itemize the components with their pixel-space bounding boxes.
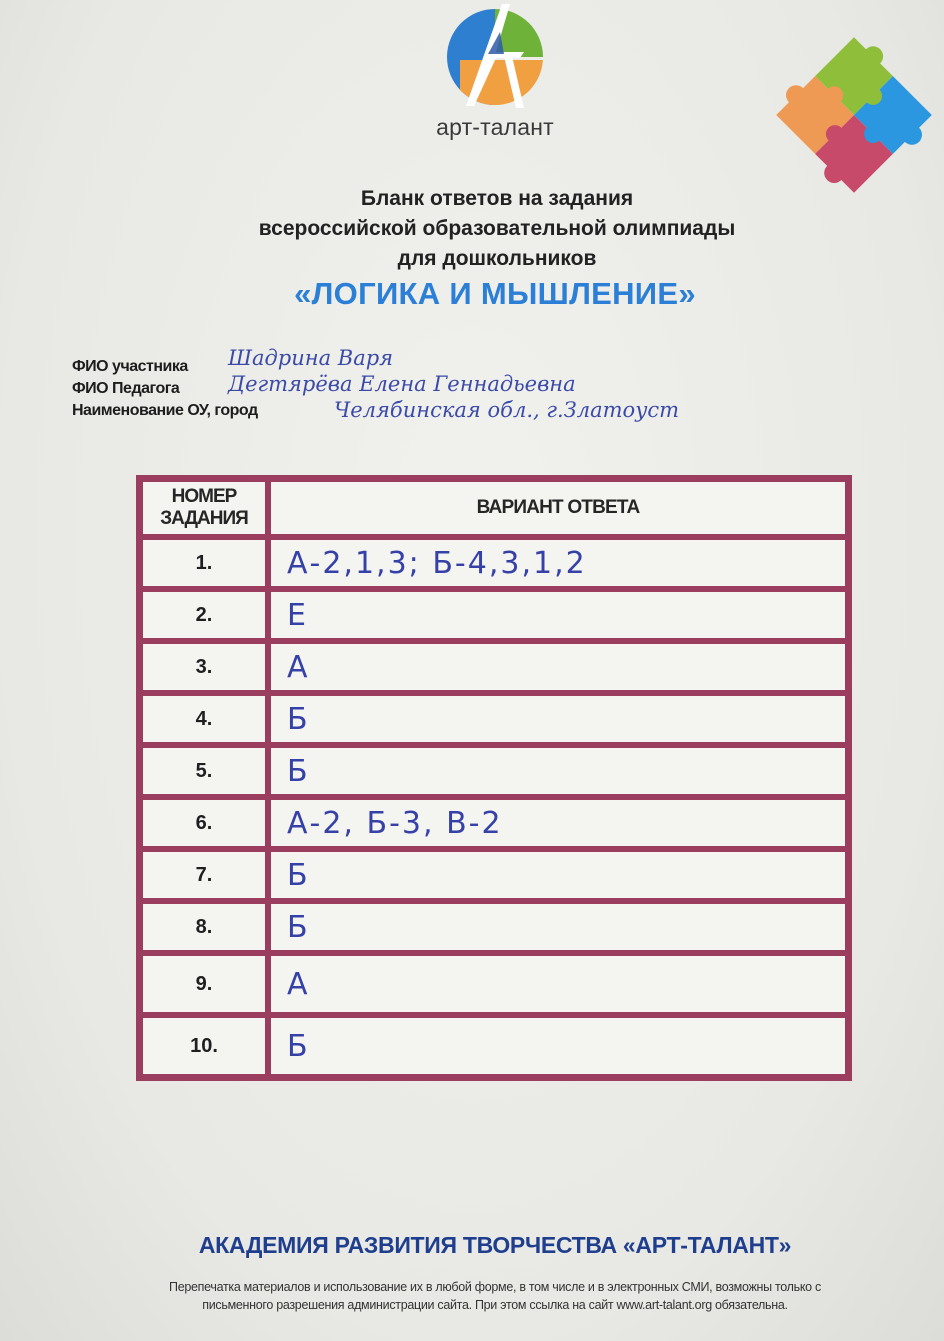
answer-cell[interactable]: Б: [268, 693, 848, 745]
task-number: 5.: [140, 745, 268, 797]
answer-text: Б: [287, 754, 310, 789]
table-row: 3.А: [140, 641, 848, 693]
answers-table: НОМЕР ЗАДАНИЯ ВАРИАНТ ОТВЕТА 1.А-2,1,3; …: [136, 475, 852, 1081]
answer-text: А: [287, 650, 310, 685]
answer-cell[interactable]: Б: [268, 1015, 848, 1077]
footer-title: АКАДЕМИЯ РАЗВИТИЯ ТВОРЧЕСТВА «АРТ-ТАЛАНТ…: [0, 1232, 944, 1259]
answer-text: Б: [287, 702, 310, 737]
school-row: Наименование ОУ, город Челябинская обл.,…: [72, 402, 258, 424]
answer-cell[interactable]: Б: [268, 901, 848, 953]
art-talant-logo-icon: [440, 2, 550, 112]
sheet-title: Бланк ответов на задания всероссийской о…: [0, 184, 944, 274]
task-number: 10.: [140, 1015, 268, 1077]
table-row: 8.Б: [140, 901, 848, 953]
table-row: 7.Б: [140, 849, 848, 901]
table-row: 1.А-2,1,3; Б-4,3,1,2: [140, 537, 848, 589]
table-row: 5.Б: [140, 745, 848, 797]
table-row: 10.Б: [140, 1015, 848, 1077]
task-number: 3.: [140, 641, 268, 693]
participant-field[interactable]: Шадрина Варя: [228, 346, 393, 370]
task-number: 7.: [140, 849, 268, 901]
school-label: Наименование ОУ, город: [72, 402, 258, 420]
brand-name: арт-талант: [420, 114, 570, 141]
task-number: 4.: [140, 693, 268, 745]
school-field[interactable]: Челябинская обл., г.Златоуст: [334, 398, 679, 422]
answer-text: Е: [287, 598, 308, 633]
task-number: 9.: [140, 953, 268, 1015]
task-number: 2.: [140, 589, 268, 641]
table-row: 2.Е: [140, 589, 848, 641]
table-row: 6.А-2, Б-3, В-2: [140, 797, 848, 849]
title-line-2: всероссийской образовательной олимпиады: [0, 214, 944, 244]
table-row: 4.Б: [140, 693, 848, 745]
answer-sheet-page: арт-талант Бланк ответов на задания всер…: [0, 0, 944, 1341]
teacher-field[interactable]: Дегтярёва Елена Геннадьевна: [228, 372, 576, 396]
answer-text: А-2, Б-3, В-2: [287, 806, 503, 841]
task-number-header: НОМЕР ЗАДАНИЯ: [140, 479, 268, 537]
answer-text: А-2,1,3; Б-4,3,1,2: [287, 546, 587, 581]
answer-cell[interactable]: Б: [268, 745, 848, 797]
answer-cell[interactable]: Б: [268, 849, 848, 901]
task-number: 8.: [140, 901, 268, 953]
answer-header: ВАРИАНТ ОТВЕТА: [268, 479, 848, 537]
title-line-1: Бланк ответов на задания: [0, 184, 944, 214]
puzzle-pieces-icon: [766, 30, 942, 200]
title-line-3: для дошкольников: [0, 244, 944, 274]
answer-cell[interactable]: А: [268, 641, 848, 693]
answer-cell[interactable]: А-2, Б-3, В-2: [268, 797, 848, 849]
answer-cell[interactable]: А: [268, 953, 848, 1015]
olympiad-name: «ЛОГИКА И МЫШЛЕНИЕ»: [0, 276, 944, 312]
teacher-row: ФИО Педагога Дегтярёва Елена Геннадьевна: [72, 380, 258, 402]
answer-text: Б: [287, 910, 310, 945]
answer-cell[interactable]: Е: [268, 589, 848, 641]
answer-text: Б: [287, 1029, 310, 1064]
participant-label: ФИО участника: [72, 358, 188, 376]
table-row: 9.А: [140, 953, 848, 1015]
participant-info: ФИО участника Шадрина Варя ФИО Педагога …: [72, 358, 258, 424]
answer-cell[interactable]: А-2,1,3; Б-4,3,1,2: [268, 537, 848, 589]
task-number: 1.: [140, 537, 268, 589]
answer-text: Б: [287, 858, 310, 893]
teacher-label: ФИО Педагога: [72, 380, 179, 398]
answer-text: А: [287, 967, 310, 1002]
task-number: 6.: [140, 797, 268, 849]
copyright-note: Перепечатка материалов и использование и…: [100, 1278, 890, 1314]
